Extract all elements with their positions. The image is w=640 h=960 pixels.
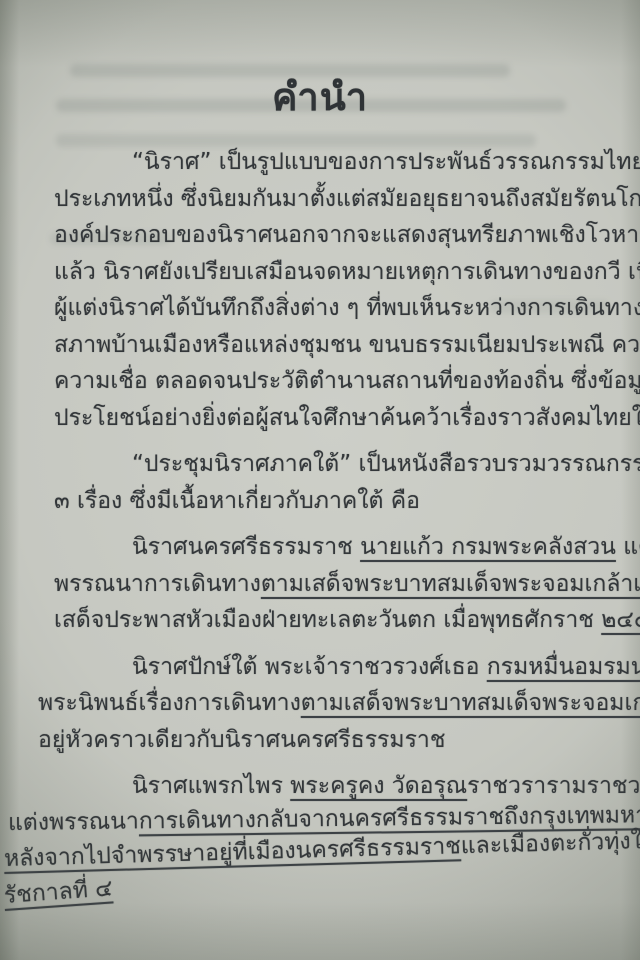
- text-segment: พระนิพนธ์เรื่องการเดินทาง: [38, 690, 301, 716]
- underlined-text: ๒๔๐๒: [601, 607, 640, 633]
- text-segment: สภาพบ้านเมืองหรือแหล่งชุมชน ขนบธรรมเนียม…: [54, 332, 640, 358]
- text-line: ประโยชน์อย่างยิ่งต่อผู้สนใจศึกษาค้นคว้าเ…: [54, 400, 636, 437]
- paragraph: นิราศปักษ์ใต้ พระเจ้าราชวรวงศ์เธอ กรมหมื…: [54, 649, 636, 759]
- text-line: ผู้แต่งนิราศได้บันทึกถึงสิ่งต่าง ๆ ที่พบ…: [54, 290, 636, 327]
- text-segment: แล้ว นิราศยังเปรียบเสมือนจดหมายเหตุการเด…: [54, 259, 640, 285]
- book-page-photo: คำนำ “นิราศ” เป็นรูปแบบของการประพันธ์วรร…: [0, 0, 640, 960]
- text-segment: ราชวรารามราชวรมหาวิหาร: [467, 773, 640, 799]
- text-line: ความเชื่อ ตลอดจนประวัติตำนานสถานที่ของท้…: [54, 363, 636, 400]
- text-segment: แต่ง: [616, 534, 640, 560]
- text-segment: ประเภทหนึ่ง ซึ่งนิยมกันมาตั้งแต่สมัยอยุธ…: [54, 186, 640, 212]
- text-segment: “นิราศ” เป็นรูปแบบของการประพันธ์วรรณกรรม…: [132, 149, 640, 175]
- text-line: ๓ เรื่อง ซึ่งมีเนื้อหาเกี่ยวกับภาคใต้ คื…: [54, 483, 636, 520]
- paragraph: “ประชุมนิราศภาคใต้” เป็นหนังสือรวบรวมวรร…: [54, 446, 636, 519]
- text-segment: ความเชื่อ ตลอดจนประวัติตำนานสถานที่ของท้…: [54, 368, 640, 394]
- text-line: เสด็จประพาสหัวเมืองฝ่ายทะเลตะวันตก เมื่อ…: [54, 602, 636, 639]
- text-line: พระนิพนธ์เรื่องการเดินทางตามเสด็จพระบาทส…: [38, 685, 636, 722]
- text-segment: นิราศนครศรีธรรมราช: [132, 534, 360, 560]
- text-segment: องค์ประกอบของนิราศนอกจากจะแสดงสุนทรียภาพ…: [54, 222, 640, 248]
- text-line: องค์ประกอบของนิราศนอกจากจะแสดงสุนทรียภาพ…: [54, 217, 636, 254]
- text-line: พรรณนาการเดินทางตามเสด็จพระบาทสมเด็จพระจ…: [54, 566, 636, 603]
- text-line: แล้ว นิราศยังเปรียบเสมือนจดหมายเหตุการเด…: [54, 254, 636, 291]
- underlined-text: กรมหมื่นอมรมนตรีท: [487, 654, 640, 680]
- text-segment: ผู้แต่งนิราศได้บันทึกถึงสิ่งต่าง ๆ ที่พบ…: [54, 295, 640, 321]
- underlined-text: นายแก้ว กรมพระคลังสวน: [360, 534, 616, 560]
- text-segment: นิราศปักษ์ใต้ พระเจ้าราชวรวงศ์เธอ: [132, 654, 487, 680]
- paragraph: นิราศนครศรีธรรมราช นายแก้ว กรมพระคลังสวน…: [54, 529, 636, 639]
- text-line: ประเภทหนึ่ง ซึ่งนิยมกันมาตั้งแต่สมัยอยุธ…: [54, 181, 636, 218]
- text-segment: “ประชุมนิราศภาคใต้” เป็นหนังสือรวบรวมวรร…: [132, 451, 640, 477]
- underlined-text: พระครูคง วัดอรุณ: [290, 773, 467, 799]
- text-segment: ๓ เรื่อง ซึ่งมีเนื้อหาเกี่ยวกับภาคใต้ คื…: [54, 488, 420, 514]
- paragraph: นิราศแพรกไพร พระครูคง วัดอรุณราชวรารามรา…: [54, 768, 636, 914]
- text-line: “ประชุมนิราศภาคใต้” เป็นหนังสือรวบรวมวรร…: [54, 446, 636, 483]
- page-title: คำนำ: [0, 74, 640, 120]
- text-segment: ประโยชน์อย่างยิ่งต่อผู้สนใจศึกษาค้นคว้าเ…: [54, 405, 640, 431]
- text-segment: นิราศแพรกไพร: [132, 773, 290, 799]
- text-line: สภาพบ้านเมืองหรือแหล่งชุมชน ขนบธรรมเนียม…: [54, 327, 636, 364]
- text-segment: แต่งพรรณนา: [8, 808, 139, 836]
- underlined-text: ตามเสด็จพระบาทสมเด็จพระจอมเกล้า: [301, 690, 640, 716]
- underlined-text: รัชกาลที่ ๔: [3, 875, 113, 909]
- text-line: นิราศปักษ์ใต้ พระเจ้าราชวรวงศ์เธอ กรมหมื…: [54, 649, 636, 686]
- text-segment: อยู่หัวคราวเดียวกับนิราศนครศรีธรรมราช: [38, 727, 445, 753]
- text-segment: พรรณนาการเดินทาง: [54, 571, 261, 597]
- text-line: “นิราศ” เป็นรูปแบบของการประพันธ์วรรณกรรม…: [54, 144, 636, 181]
- paragraph: “นิราศ” เป็นรูปแบบของการประพันธ์วรรณกรรม…: [54, 144, 636, 436]
- page-body: “นิราศ” เป็นรูปแบบของการประพันธ์วรรณกรรม…: [54, 144, 636, 914]
- text-line: นิราศนครศรีธรรมราช นายแก้ว กรมพระคลังสวน…: [54, 529, 636, 566]
- text-segment: เสด็จประพาสหัวเมืองฝ่ายทะเลตะวันตก เมื่อ…: [54, 607, 601, 633]
- underlined-text: ตามเสด็จพระบาทสมเด็จพระจอมเกล้าเจ้าอยู่ห…: [261, 571, 640, 597]
- text-line: อยู่หัวคราวเดียวกับนิราศนครศรีธรรมราช: [38, 722, 636, 759]
